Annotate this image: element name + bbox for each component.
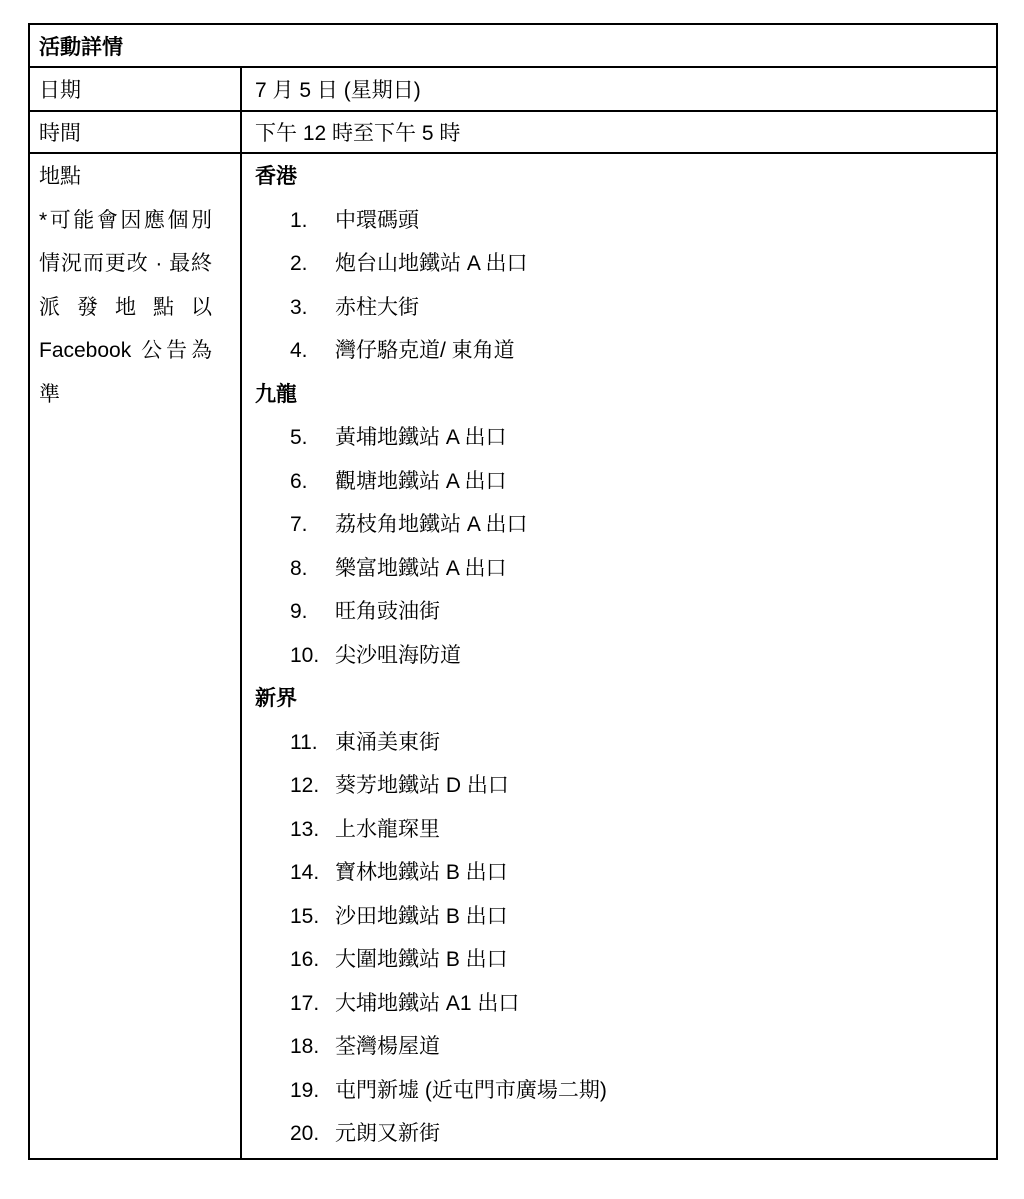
date-label: 日期 (29, 67, 241, 111)
item-number: 15. (290, 895, 335, 939)
item-number: 8. (290, 547, 335, 591)
item-text: 觀塘地鐵站 A 出口 (335, 470, 507, 493)
location-row: 地點 *可能會因應個別情況而更改 · 最終派發地點以 Facebook 公告為準… (29, 153, 997, 1159)
item-text: 尖沙咀海防道 (335, 644, 461, 667)
item-text: 沙田地鐵站 B 出口 (335, 905, 508, 928)
item-number: 6. (290, 460, 335, 504)
event-details-table: 活動詳情 日期 7 月 5 日 (星期日) 時間 下午 12 時至下午 5 時 … (28, 23, 998, 1160)
title-row: 活動詳情 (29, 24, 997, 67)
location-item: 6.觀塘地鐵站 A 出口 (242, 460, 996, 504)
location-item: 4.灣仔駱克道/ 東角道 (242, 329, 996, 373)
location-item: 17.大埔地鐵站 A1 出口 (242, 982, 996, 1026)
location-item: 11.東涌美東街 (242, 721, 996, 765)
event-details-document: 活動詳情 日期 7 月 5 日 (星期日) 時間 下午 12 時至下午 5 時 … (28, 23, 998, 1160)
location-item: 13.上水龍琛里 (242, 808, 996, 852)
item-number: 12. (290, 764, 335, 808)
item-text: 元朗又新街 (335, 1122, 440, 1145)
item-number: 9. (290, 590, 335, 634)
table-title: 活動詳情 (29, 24, 997, 67)
item-number: 20. (290, 1112, 335, 1156)
location-item: 9.旺角豉油街 (242, 590, 996, 634)
region-heading: 九龍 (242, 373, 996, 417)
item-number: 7. (290, 503, 335, 547)
item-number: 19. (290, 1069, 335, 1113)
item-text: 赤柱大街 (335, 296, 419, 319)
location-item: 1.中環碼頭 (242, 199, 996, 243)
item-number: 17. (290, 982, 335, 1026)
item-text: 荃灣楊屋道 (335, 1035, 440, 1058)
location-note: *可能會因應個別情況而更改 · 最終派發地點以 Facebook 公告為準 (39, 199, 212, 417)
item-text: 黃埔地鐵站 A 出口 (335, 426, 507, 449)
item-text: 荔枝角地鐵站 A 出口 (335, 513, 528, 536)
item-number: 13. (290, 808, 335, 852)
location-label: 地點 (39, 155, 230, 199)
location-item: 8.樂富地鐵站 A 出口 (242, 547, 996, 591)
location-item: 2.炮台山地鐵站 A 出口 (242, 242, 996, 286)
time-row: 時間 下午 12 時至下午 5 時 (29, 111, 997, 153)
item-text: 東涌美東街 (335, 731, 440, 754)
item-number: 16. (290, 938, 335, 982)
region-heading: 香港 (242, 155, 996, 199)
item-text: 上水龍琛里 (335, 818, 440, 841)
location-item: 10.尖沙咀海防道 (242, 634, 996, 678)
item-number: 10. (290, 634, 335, 678)
location-item: 5.黃埔地鐵站 A 出口 (242, 416, 996, 460)
item-number: 5. (290, 416, 335, 460)
item-text: 灣仔駱克道/ 東角道 (335, 339, 515, 362)
region-heading: 新界 (242, 677, 996, 721)
item-number: 1. (290, 199, 335, 243)
item-number: 3. (290, 286, 335, 330)
item-number: 18. (290, 1025, 335, 1069)
location-list-cell: 香港1.中環碼頭2.炮台山地鐵站 A 出口3.赤柱大街4.灣仔駱克道/ 東角道九… (241, 153, 997, 1159)
location-item: 20.元朗又新街 (242, 1112, 996, 1156)
item-text: 葵芳地鐵站 D 出口 (335, 774, 509, 797)
date-row: 日期 7 月 5 日 (星期日) (29, 67, 997, 111)
item-number: 14. (290, 851, 335, 895)
item-text: 樂富地鐵站 A 出口 (335, 557, 507, 580)
item-number: 11. (290, 721, 335, 765)
location-item: 7.荔枝角地鐵站 A 出口 (242, 503, 996, 547)
item-text: 炮台山地鐵站 A 出口 (335, 252, 528, 275)
item-number: 2. (290, 242, 335, 286)
location-item: 16.大圍地鐵站 B 出口 (242, 938, 996, 982)
item-text: 屯門新墟 (近屯門市廣場二期) (335, 1079, 607, 1102)
location-item: 12.葵芳地鐵站 D 出口 (242, 764, 996, 808)
location-item: 3.赤柱大街 (242, 286, 996, 330)
location-item: 18.荃灣楊屋道 (242, 1025, 996, 1069)
location-item: 19.屯門新墟 (近屯門市廣場二期) (242, 1069, 996, 1113)
location-item: 15.沙田地鐵站 B 出口 (242, 895, 996, 939)
item-text: 大埔地鐵站 A1 出口 (335, 992, 519, 1015)
item-number: 4. (290, 329, 335, 373)
location-item: 14.寶林地鐵站 B 出口 (242, 851, 996, 895)
item-text: 中環碼頭 (335, 209, 419, 232)
item-text: 大圍地鐵站 B 出口 (335, 948, 508, 971)
location-label-cell: 地點 *可能會因應個別情況而更改 · 最終派發地點以 Facebook 公告為準 (29, 153, 241, 1159)
location-list: 香港1.中環碼頭2.炮台山地鐵站 A 出口3.赤柱大街4.灣仔駱克道/ 東角道九… (242, 154, 996, 1158)
item-text: 旺角豉油街 (335, 600, 440, 623)
time-label: 時間 (29, 111, 241, 153)
time-value: 下午 12 時至下午 5 時 (241, 111, 997, 153)
date-value: 7 月 5 日 (星期日) (241, 67, 997, 111)
item-text: 寶林地鐵站 B 出口 (335, 861, 508, 884)
